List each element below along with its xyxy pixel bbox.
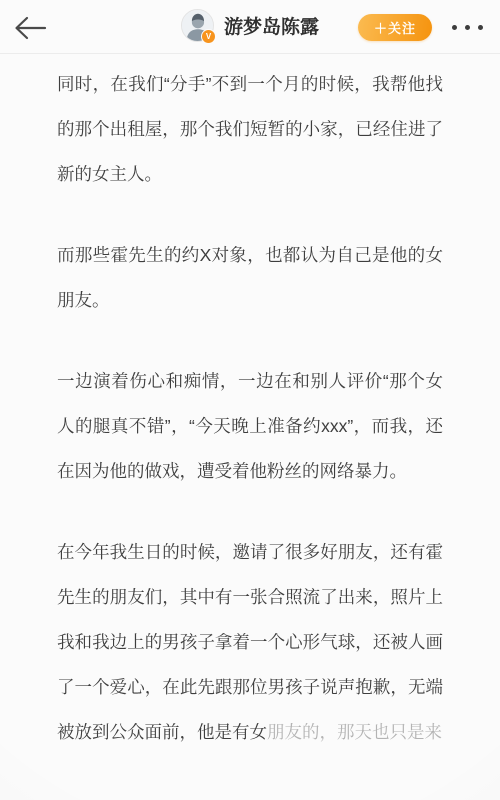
- page: { "colors": { "accent_orange": "#f7941e"…: [0, 0, 500, 800]
- topbar-right-controls: ＋关注: [358, 0, 487, 54]
- paragraph-3: 一边演着伤心和痴情，一边在和别人评价“那个女人的腿真不错”，“今天晚上准备约xx…: [57, 359, 443, 494]
- back-arrow-icon: [13, 15, 47, 41]
- verified-badge: V: [201, 29, 216, 44]
- author-name: 游梦岛陈露: [224, 12, 319, 39]
- top-bar: V 游梦岛陈露 ＋关注: [0, 0, 500, 54]
- back-button[interactable]: [10, 13, 50, 43]
- avatar[interactable]: V: [181, 9, 214, 42]
- three-dots-icon: [452, 25, 457, 30]
- paragraph-4-faded-tail: 朋友的，那天也只是来: [267, 722, 442, 742]
- paragraph-1: 同时，在我们“分手”不到一个月的时候，我帮他找的那个出租屋，那个我们短暂的小家，…: [57, 62, 443, 197]
- article-body: 同时，在我们“分手”不到一个月的时候，我帮他找的那个出租屋，那个我们短暂的小家，…: [0, 54, 500, 755]
- follow-button[interactable]: ＋关注: [358, 14, 432, 41]
- author-info[interactable]: V 游梦岛陈露: [181, 9, 319, 42]
- more-button[interactable]: [448, 21, 487, 34]
- paragraph-4: 在今年我生日的时候，邀请了很多好朋友，还有霍先生的朋友们，其中有一张合照流了出来…: [57, 530, 443, 755]
- paragraph-2: 而那些霍先生的约X对象，也都认为自己是他的女朋友。: [57, 233, 443, 323]
- paragraph-4-main: 在今年我生日的时候，邀请了很多好朋友，还有霍先生的朋友们，其中有一张合照流了出来…: [57, 542, 443, 742]
